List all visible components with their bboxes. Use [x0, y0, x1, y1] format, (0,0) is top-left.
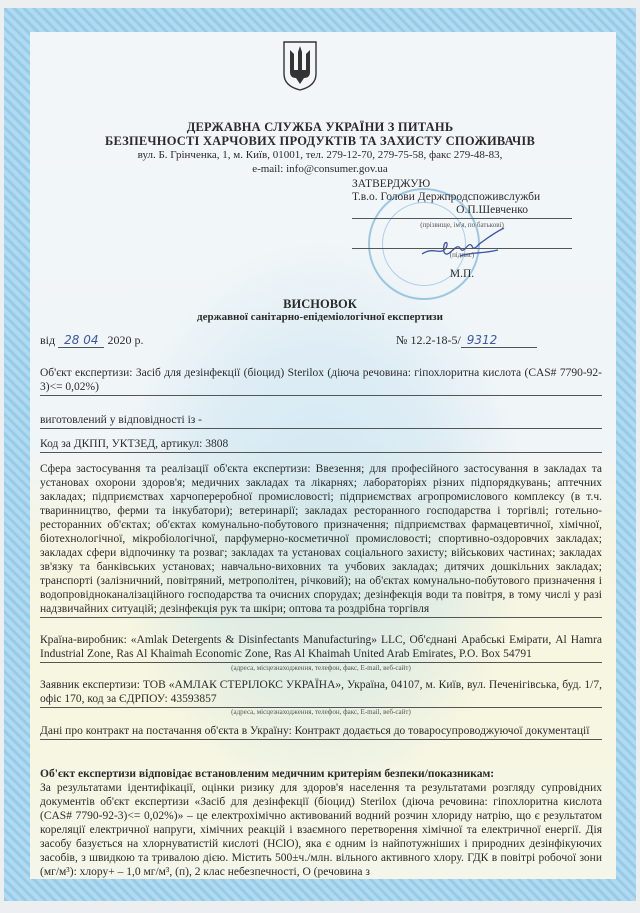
date-prefix: від — [40, 333, 55, 347]
document-subtitle: державної санітарно-епідеміологічної екс… — [0, 311, 640, 323]
approver-name-caption: (прізвище, ім'я, по батькові) — [352, 219, 572, 232]
field-scope: Сфера застосування та реалізації об'єкта… — [40, 462, 602, 618]
approver-name: О.П.Шевченко — [352, 204, 572, 219]
number-prefix: № 12.2-18-5/ — [396, 333, 461, 347]
document-title: ВИСНОВОК — [0, 297, 640, 312]
field-code: Код за ДКПП, УКТЗЕД, артикул: 3808 — [40, 437, 602, 453]
signature-caption: (підпис) — [352, 249, 572, 262]
country-caption: (адреса, місцезнаходження, телефон, факс… — [40, 664, 602, 672]
field-contract: Дані про контракт на постачання об'єкта … — [40, 724, 602, 740]
issuer-name-line1: ДЕРЖАВНА СЛУЖБА УКРАЇНИ З ПИТАНЬ — [60, 120, 580, 134]
coat-of-arms-icon — [282, 40, 318, 92]
signature-line — [352, 232, 572, 249]
date-handwritten: 28 04 — [58, 333, 104, 348]
issue-date: від 28 04 2020 р. — [40, 333, 143, 348]
date-year: 2020 р. — [107, 333, 143, 347]
criteria-text: За результатами ідентифікації, оцінки ри… — [40, 781, 602, 879]
issuer-header: ДЕРЖАВНА СЛУЖБА УКРАЇНИ З ПИТАНЬ БЕЗПЕЧН… — [60, 120, 580, 176]
seal-label: М.П. — [352, 268, 572, 281]
approval-position: Т.в.о. Голови Держпродспоживслужби — [352, 191, 572, 204]
field-object: Об'єкт експертизи: Засіб для дезінфекції… — [40, 366, 602, 396]
document-number: № 12.2-18-5/9312 — [396, 333, 537, 348]
field-applicant: Заявник експертизи: ТОВ «АМЛАК СТЕРІЛОКС… — [40, 678, 602, 708]
document-content: ДЕРЖАВНА СЛУЖБА УКРАЇНИ З ПИТАНЬ БЕЗПЕЧН… — [0, 0, 640, 913]
field-country: Країна-виробник: «Amlak Detergents & Dis… — [40, 633, 602, 663]
number-handwritten: 9312 — [461, 333, 538, 348]
criteria-heading: Об'єкт експертизи відповідає встановлени… — [40, 767, 602, 781]
issuer-address: вул. Б. Грінченка, 1, м. Київ, 01001, те… — [60, 148, 580, 162]
field-manufactured: виготовлений у відповідності із - — [40, 413, 602, 429]
issuer-name-line2: БЕЗПЕЧНОСТІ ХАРЧОВИХ ПРОДУКТІВ ТА ЗАХИСТ… — [60, 134, 580, 148]
issuer-email: e-mail: info@consumer.gov.ua — [60, 162, 580, 176]
applicant-caption: (адреса, місцезнаходження, телефон, факс… — [40, 708, 602, 716]
approval-block: ЗАТВЕРДЖУЮ Т.в.о. Голови Держпродспоживс… — [352, 178, 572, 281]
approval-label: ЗАТВЕРДЖУЮ — [352, 178, 572, 191]
